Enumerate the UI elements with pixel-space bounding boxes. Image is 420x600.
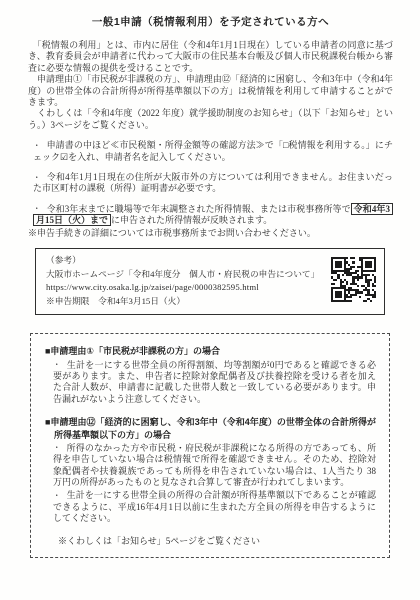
qr-code-icon (331, 257, 376, 302)
reference-label: （参考） (46, 254, 325, 268)
section-list-item: ・生計を一にする世帯全員の所得割額、均等割額が0円であると確認できる必要がありま… (45, 360, 376, 406)
intro-paragraph: 申請理由①「市民税が非課税の方」、申請理由⑫「経済的に困窮し、令和3年中（令和4… (28, 74, 393, 108)
see-also-note: ※くわしくは「お知らせ」5ページをご覧ください (45, 536, 376, 547)
deadline-made: まで (90, 215, 108, 225)
application-reasons-box: ■申請理由①「市民税が非課税の方」の場合 ・生計を一にする世帯全員の所得割額、均… (30, 333, 390, 557)
bullet-icon: ・ (53, 360, 61, 369)
intro-paragraph: 「税情報の利用」とは、市内に居住（令和4年1月1日現在）している申請者の同意に基… (28, 40, 393, 74)
page-title: 一般1申請（税情報利用）を予定されている方へ (28, 14, 393, 29)
reference-deadline: ※申告期限 令和4年3月15日（火） (46, 295, 325, 309)
reference-homepage: 大阪市ホームページ「令和4年度分 個人市・府民税の申告について」 (46, 268, 325, 282)
bullet-icon: ・ (33, 141, 41, 150)
section-list-item: ・所得のなかった方や市民税・府民税が非課税になる所得の方であっても、所得を申告し… (45, 443, 376, 489)
section-list-item: ・生計を一にする世帯全員の所得の合計額が所得基準額以下であることが確認できるよう… (45, 490, 376, 524)
list-item-check-instruction: ・申請書の中ほど≪市民税額・所得金額等の確認方法≫で「□税情報を利用する。」にチ… (28, 140, 393, 163)
list-item-text: 令和4年1月1日現在の住所が大阪市外の方については利用できません。お住まいだった… (33, 172, 393, 193)
list-item-text: 令和3年末までに職場等で年末調整された所得情報、または市税事務所等で (47, 204, 351, 214)
reference-box: （参考） 大阪市ホームページ「令和4年度分 個人市・府民税の申告について」 ht… (35, 248, 385, 315)
section-reason-1: ■申請理由①「市民税が非課税の方」の場合 ・生計を一にする世帯全員の所得割額、均… (45, 345, 376, 405)
section-item-text: 生計を一にする世帯全員の所得割額、均等割額が0円であると確認できる必要があります… (53, 360, 376, 404)
section-item-text: 所得のなかった方や市民税・府民税が非課税になる所得の方であっても、所得を申告して… (53, 443, 376, 487)
document-content: 一般1申請（税情報利用）を予定されている方へ 「税情報の利用」とは、市内に居住（… (0, 0, 420, 558)
section-heading: ■申請理由①「市民税が非課税の方」の場合 (45, 345, 376, 357)
bullet-icon: ・ (53, 443, 61, 452)
list-item-text: に申告された所得情報が反映されます。 (111, 215, 272, 225)
bullet-icon: ・ (33, 204, 41, 213)
bullet-icon: ・ (33, 173, 41, 182)
document-page: 一般1申請（税情報利用）を予定されている方へ 「税情報の利用」とは、市内に居住（… (0, 0, 420, 600)
list-item-deadline: ・令和3年末までに職場等で年末調整された所得情報、または市税事務所等で令和4年3… (28, 204, 393, 227)
list-item-address-restriction: ・令和4年1月1日現在の住所が大阪市外の方については利用できません。お住まいだっ… (28, 172, 393, 195)
intro-paragraph: くわしくは「令和4年度（2022 年度）就学援助制度のお知らせ」（以下「お知らせ… (28, 108, 393, 131)
reference-url: https://www.city.osaka.lg.jp/zaisei/page… (46, 281, 325, 295)
section-item-text: 生計を一にする世帯全員の所得の合計額が所得基準額以下であることが確認できるように… (53, 490, 376, 523)
section-reason-12: ■申請理由⑫「経済的に困窮し、令和3年中（令和4年度）の世帯全体の合計所得が所得… (45, 416, 376, 524)
reference-text: （参考） 大阪市ホームページ「令和4年度分 個人市・府民税の申告について」 ht… (46, 254, 325, 308)
list-item-text: 申請書の中ほど≪市民税額・所得金額等の確認方法≫で「□税情報を利用する。」にチェ… (33, 140, 393, 161)
deadline-note: ※申告手続きの詳細については市税事務所までお問い合わせください。 (28, 228, 393, 239)
section-heading: ■申請理由⑫「経済的に困窮し、令和3年中（令和4年度）の世帯全体の合計所得が所得… (45, 416, 376, 440)
bullet-icon: ・ (53, 491, 61, 500)
